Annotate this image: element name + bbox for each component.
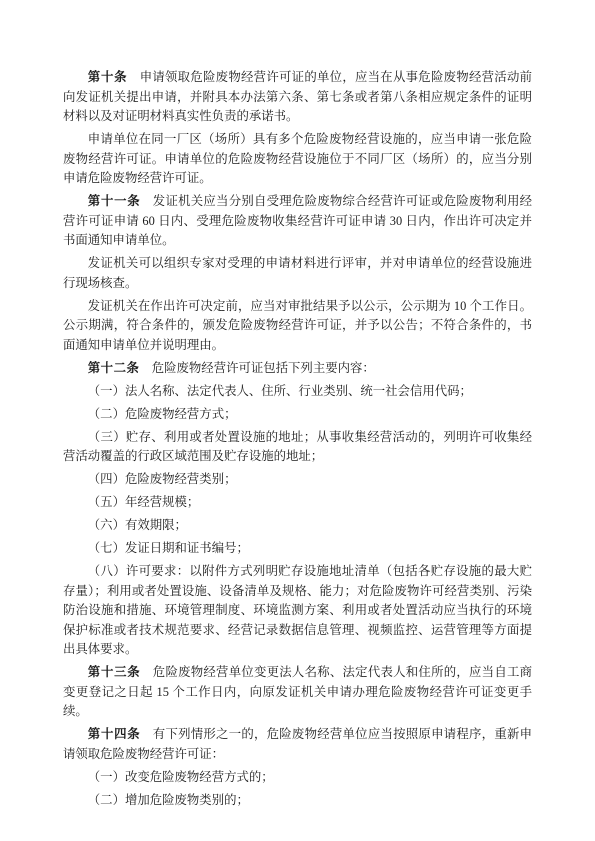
- article-number-label: 第十三条: [88, 665, 141, 679]
- paragraph-text: 发证机关可以组织专家对受理的申请材料进行评审，并对申请单位的经营设施进行现场核查…: [63, 256, 532, 290]
- article-10-para-2: 申请单位在同一厂区（场所）具有多个危险废物经营设施的，应当申请一张危险废物经营许…: [63, 130, 532, 189]
- paragraph-text: 发证机关在作出许可决定前，应当对审批结果予以公示，公示期为 10 个工作日。公示…: [63, 299, 532, 352]
- paragraph-text: （一）法人名称、法定代表人、住所、行业类别、统一社会信用代码；: [88, 384, 472, 398]
- article-11-opening: 第十一条发证机关应当分别自受理危险废物综合经营许可证或危险废物利用经营许可证申请…: [63, 192, 532, 251]
- article-number-label: 第十二条: [88, 361, 140, 375]
- paragraph-text: （六）有效期限；: [88, 518, 187, 532]
- paragraph-text: （二）危险废物经营方式；: [88, 407, 237, 421]
- article-number-label: 第十一条: [88, 194, 141, 208]
- paragraph-text: （八）许可要求：以附件方式列明贮存设施地址清单（包括各贮存设施的最大贮存量）；利…: [63, 564, 532, 656]
- paragraph-text: （五）年经营规模；: [88, 495, 200, 509]
- paragraph-text: （三）贮存、利用或者处置设施的地址；从事收集经营活动的，列明许可收集经营活动覆盖…: [63, 430, 532, 464]
- article-11-para-3: 发证机关在作出许可决定前，应当对审批结果予以公示，公示期为 10 个工作日。公示…: [63, 297, 532, 356]
- article-12-item-3: （三）贮存、利用或者处置设施的地址；从事收集经营活动的，列明许可收集经营活动覆盖…: [63, 428, 532, 467]
- article-11-para-2: 发证机关可以组织专家对受理的申请材料进行评审，并对申请单位的经营设施进行现场核查…: [63, 254, 532, 293]
- article-14-item-2: （二）增加危险废物类别的；: [63, 791, 532, 811]
- article-12-item-7: （七）发证日期和证书编号；: [63, 539, 532, 559]
- article-12-item-1: （一）法人名称、法定代表人、住所、行业类别、统一社会信用代码；: [63, 382, 532, 402]
- article-12-item-8: （八）许可要求：以附件方式列明贮存设施地址清单（包括各贮存设施的最大贮存量）；利…: [63, 562, 532, 660]
- article-12-item-4: （四）危险废物经营类别；: [63, 470, 532, 490]
- paragraph-text: （一）改变危险废物经营方式的；: [88, 770, 274, 784]
- article-number-label: 第十条: [88, 70, 128, 84]
- article-12-opening: 第十二条危险废物经营许可证包括下列主要内容：: [63, 359, 532, 379]
- paragraph-text: 申请单位在同一厂区（场所）具有多个危险废物经营设施的，应当申请一张危险废物经营许…: [63, 132, 532, 185]
- paragraph-text: （二）增加危险废物类别的；: [88, 793, 249, 807]
- paragraph-text: 危险废物经营许可证包括下列主要内容：: [152, 361, 375, 375]
- article-14-item-1: （一）改变危险废物经营方式的；: [63, 768, 532, 788]
- paragraph-text: 申请领取危险废物经营许可证的单位，应当在从事危险废物经营活动前向发证机关提出申请…: [63, 70, 532, 123]
- article-14-opening: 第十四条有下列情形之一的，危险废物经营单位应当按照原申请程序，重新申请领取危险废…: [63, 725, 532, 764]
- article-12-item-5: （五）年经营规模；: [63, 493, 532, 513]
- paragraph-text: （四）危险废物经营类别；: [88, 472, 237, 486]
- document-page: 第十条申请领取危险废物经营许可证的单位，应当在从事危险废物经营活动前向发证机关提…: [0, 0, 595, 841]
- article-13-opening: 第十三条危险废物经营单位变更法人名称、法定代表人和住所的，应当自工商变更登记之日…: [63, 663, 532, 722]
- paragraph-text: （七）发证日期和证书编号；: [88, 541, 249, 555]
- article-10-opening: 第十条申请领取危险废物经营许可证的单位，应当在从事危险废物经营活动前向发证机关提…: [63, 68, 532, 127]
- article-12-item-6: （六）有效期限；: [63, 516, 532, 536]
- article-number-label: 第十四条: [88, 727, 141, 741]
- article-12-item-2: （二）危险废物经营方式；: [63, 405, 532, 425]
